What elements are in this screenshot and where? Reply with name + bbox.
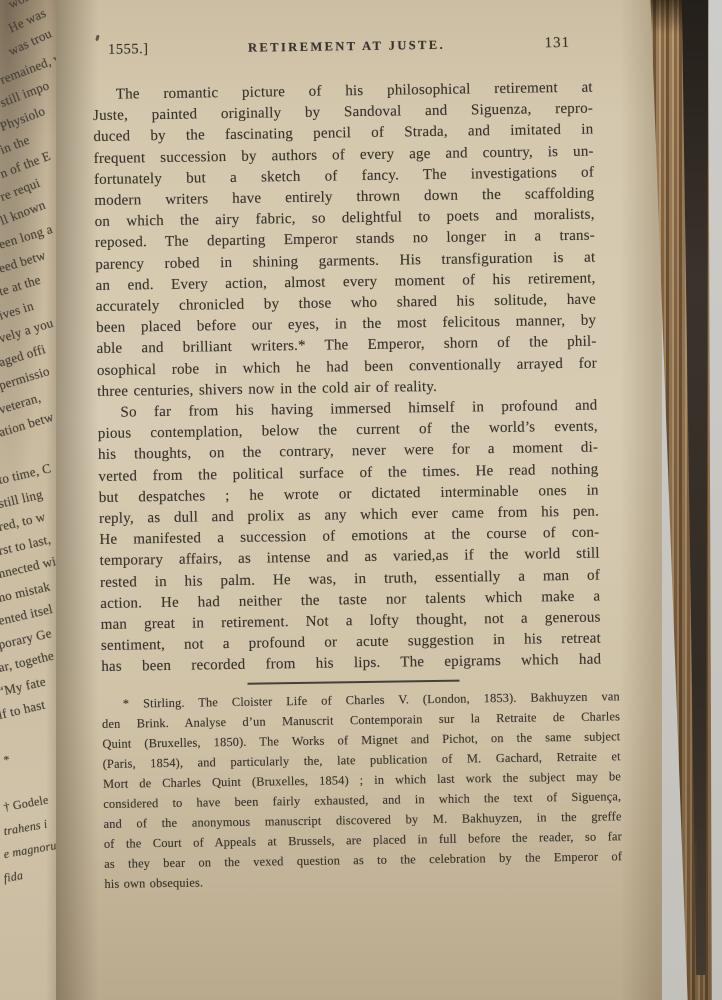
body-text: The romantic picture of his philosophica… [93,78,602,679]
book-photo: work.He waswas trouremained, wstill impo… [0,0,722,1000]
footnote: * Stirling. The Cloister Life of Charles… [102,686,623,894]
page-header: 1555.] RETIREMENT AT JUSTE. 131 [92,35,592,60]
page-content: 1555.] RETIREMENT AT JUSTE. 131 The roma… [92,35,605,894]
right-page: 1555.] RETIREMENT AT JUSTE. 131 The roma… [56,0,662,1000]
paragraph-1: The romantic picture of his philosophica… [93,78,598,403]
paragraph-2: So far from his having immersed himself … [97,396,601,679]
date-label: 1555.] [92,41,149,59]
running-title: RETIREMENT AT JUSTE. [148,36,544,57]
page-number: 131 [544,35,570,52]
footnote-separator [248,679,460,684]
ink-speck [95,35,99,42]
